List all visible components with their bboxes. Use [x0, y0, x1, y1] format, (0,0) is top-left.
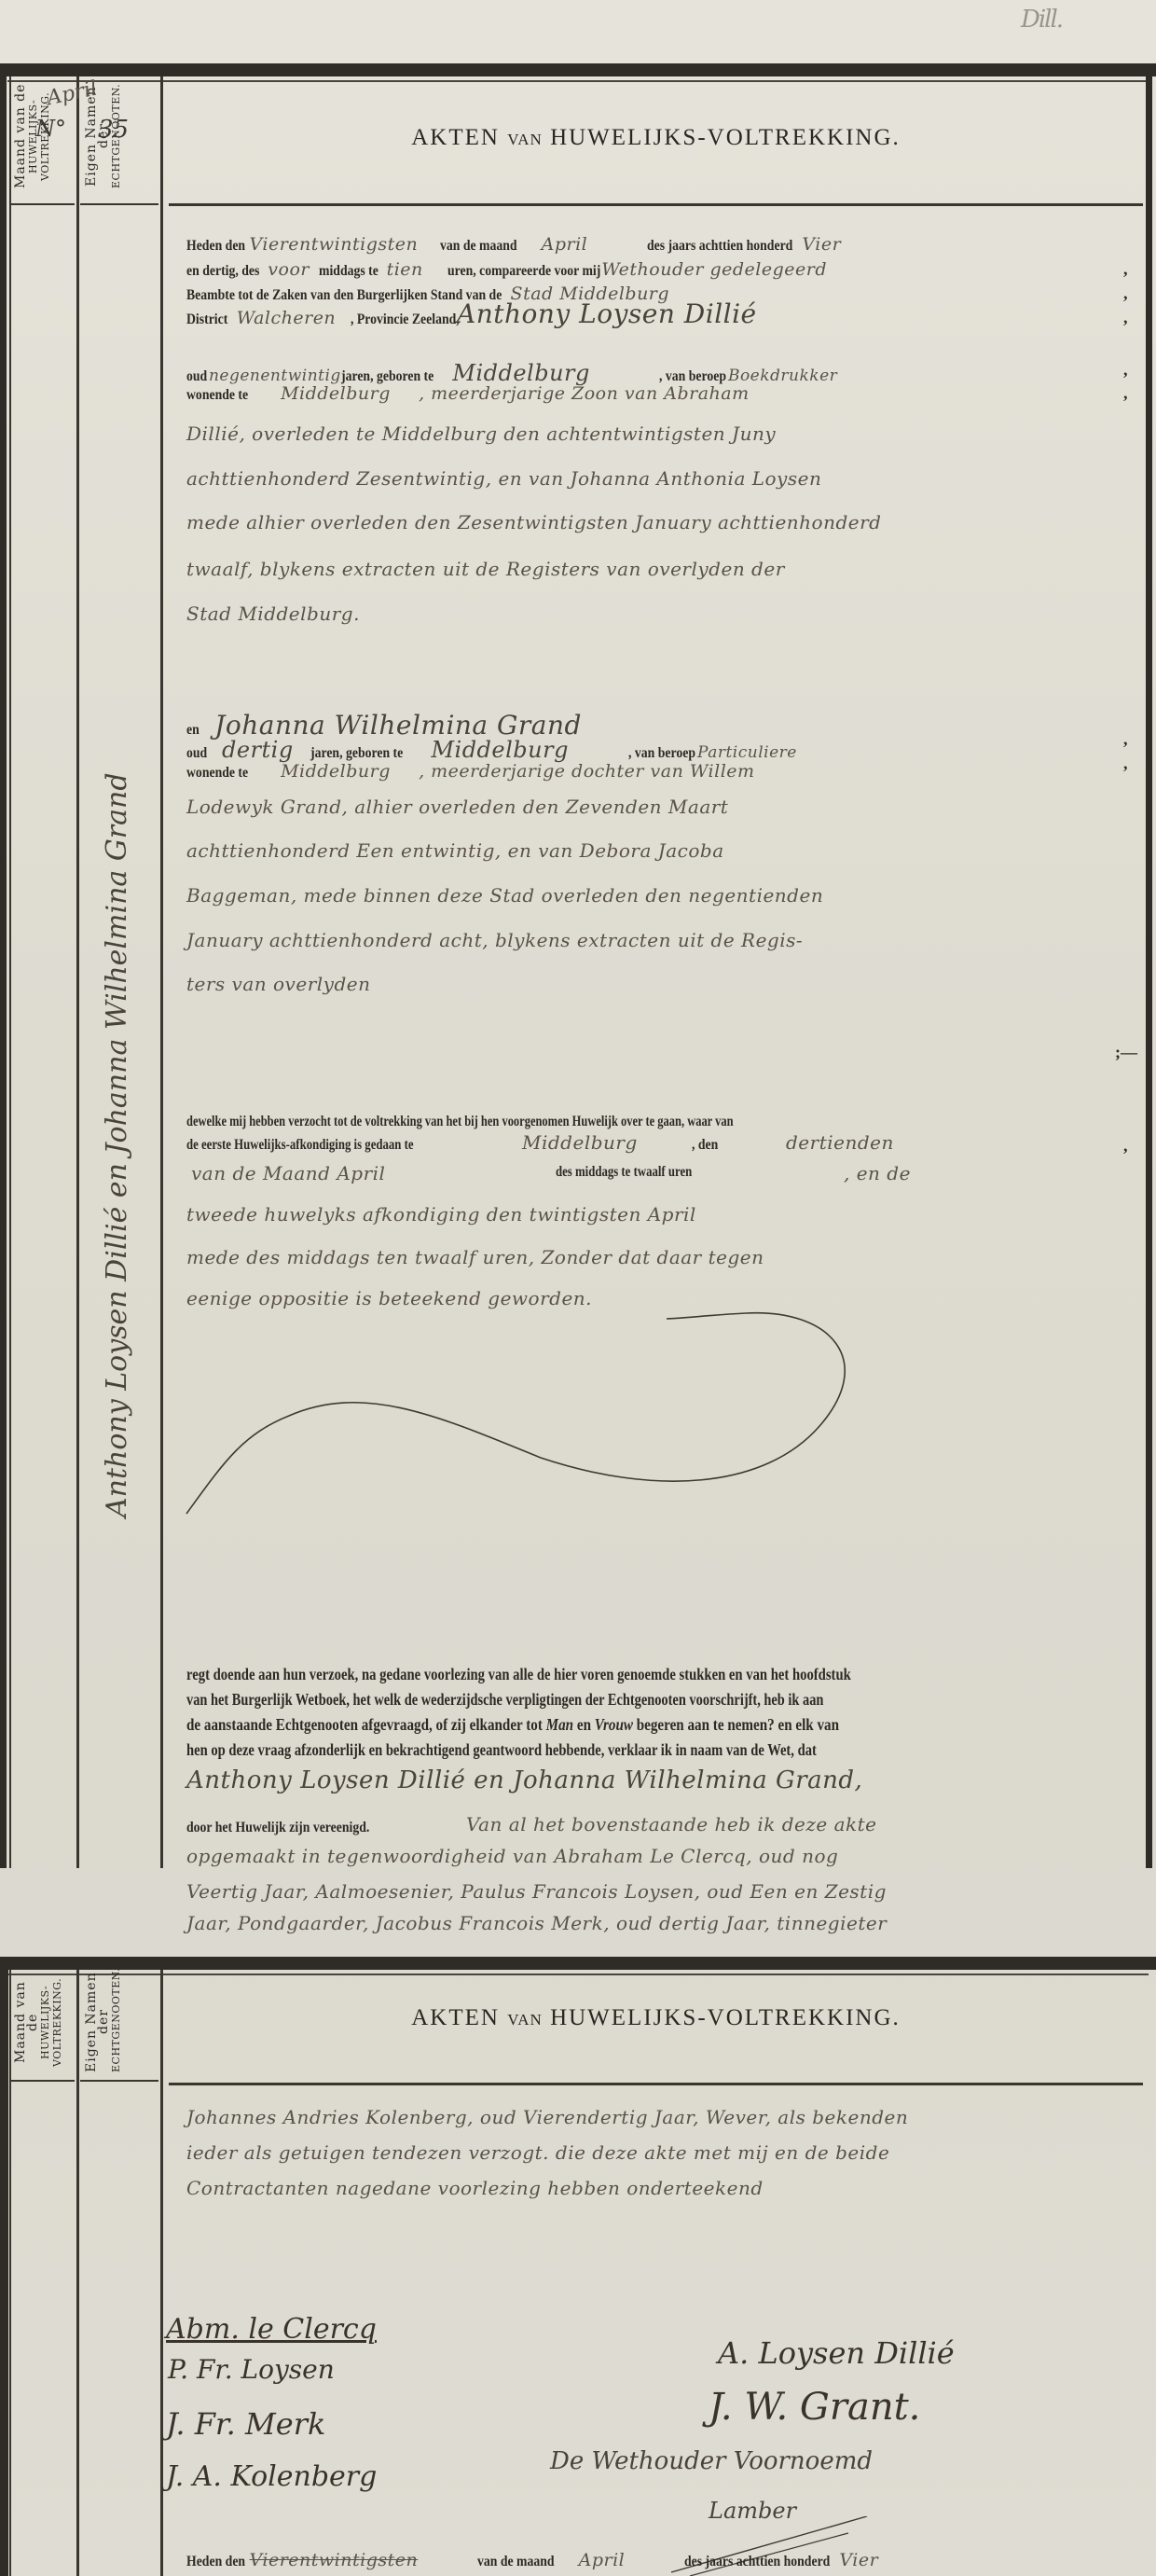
marriage-record-sheet-2: Maand van de HUWELIJKS- VOLTREKKING. Eig…: [0, 1957, 1156, 2576]
margin-spouse-names: Anthony Loysen Dillié en Johanna Wilhelm…: [89, 586, 145, 1705]
declaration-line-1: regt doende aan hun verzoek, na gedane v…: [186, 1665, 1002, 1684]
frame-top-border: [0, 1957, 1156, 1970]
section-end-mark: ;—: [1115, 1043, 1137, 1062]
frame-left-border: [0, 1957, 8, 2576]
frame-top-rule: [7, 1974, 1149, 1975]
proclamation-line-2: de eerste Huwelijks-afkondiging is gedaa…: [186, 1137, 470, 1154]
corner-archival-mark: Dill.: [1021, 6, 1062, 34]
column-divider: [76, 76, 79, 1868]
column-header-rule: [11, 2080, 75, 2082]
handwritten-official: Wethouder gedelegeerd: [601, 259, 827, 280]
intro-line-4: District Walcheren , Provincie Zeeland,: [186, 308, 477, 328]
declaration-line-3: de aanstaande Echtgenooten afgevraagd, o…: [186, 1715, 963, 1735]
margin-record-number: 35: [98, 116, 129, 144]
groom-line-1: oud negenentwintigjaren, geboren te Midd…: [186, 360, 837, 386]
witness-signature: Abm. le Clercq: [166, 2313, 377, 2346]
marriage-record-sheet-1: Maand van de HUWELIJKS- VOLTREKKING. Eig…: [0, 63, 1156, 1868]
column-divider: [76, 1970, 79, 2576]
handwritten-groom-name: Anthony Loysen Dillié: [457, 298, 757, 329]
page-title: AKTEN VAN HUWELIJKS-VOLTREKKING.: [169, 2005, 1143, 2031]
frame-top-border: [0, 63, 1156, 76]
column-divider: [9, 1970, 11, 2576]
witness-signature: J. Fr. Merk: [166, 2406, 325, 2442]
witness-signature: P. Fr. Loysen: [168, 2354, 335, 2385]
header-rule: [169, 203, 1143, 206]
margin-number-prefix: N°: [35, 116, 66, 142]
proclamation-line-1: dewelke mij hebben verzocht tot de voltr…: [186, 1114, 888, 1130]
column-header-month: Maand van de HUWELIJKS- VOLTREKKING.: [15, 1972, 71, 2072]
handwritten-day: Vierentwintigsten: [250, 234, 419, 255]
frame-top-rule: [7, 80, 1149, 82]
closing-flourish: [168, 1285, 1025, 1556]
header-rule: [169, 2083, 1143, 2085]
official-label: De Wethouder Voornoemd: [550, 2447, 873, 2475]
register-page: Dill. Maand van de HUWELIJKS- VOLTREKKIN…: [0, 0, 1156, 2576]
column-divider: [160, 1970, 163, 2576]
groom-signature: A. Loysen Dillié: [718, 2335, 955, 2371]
witness-signature: J. A. Kolenberg: [166, 2460, 377, 2493]
bride-signature: J. W. Grant.: [709, 2386, 920, 2429]
page-title: AKTEN VAN HUWELIJKS-VOLTREKKING.: [169, 125, 1143, 151]
frame-left-border: [0, 63, 7, 1868]
declaration-line-4: hen op deze vraag afzonderlijk en bekrac…: [186, 1740, 964, 1760]
column-header-rule: [80, 2080, 158, 2082]
intro-line-1: Heden den Vierentwintigsten van de maand…: [186, 234, 841, 255]
handwritten-occupation: Boekdrukker: [728, 367, 837, 385]
column-header-rule: [80, 203, 158, 205]
next-entry-line: Heden den Vierentwintigsten van de maand…: [186, 2550, 878, 2570]
bride-line-2: oud dertig jaren, geboren te Middelburg …: [186, 737, 797, 763]
declaration-vereenigd: door het Huwelijk zijn vereenigd.: [186, 1820, 399, 1836]
groom-line-2: wonende te Middelburg , meerderjarige Zo…: [186, 383, 750, 404]
column-header-names: Eigen Namen der ECHTGENOOTEN.: [86, 1972, 155, 2072]
handwritten-couple-names: Anthony Loysen Dillié en Johanna Wilhelm…: [186, 1766, 862, 1794]
intro-line-2: en dertig, des voor middags te tien uren…: [186, 259, 827, 280]
column-divider: [160, 76, 163, 1868]
column-header-rule: [11, 203, 75, 205]
column-divider: [9, 76, 11, 1868]
frame-right-border: [1146, 63, 1152, 1868]
bride-line-3: wonende te Middelburg , meerderjarige do…: [186, 761, 755, 782]
handwritten-month: April: [542, 234, 588, 255]
declaration-line-2: van het Burgerlijk Wetboek, het welk de …: [186, 1690, 983, 1710]
